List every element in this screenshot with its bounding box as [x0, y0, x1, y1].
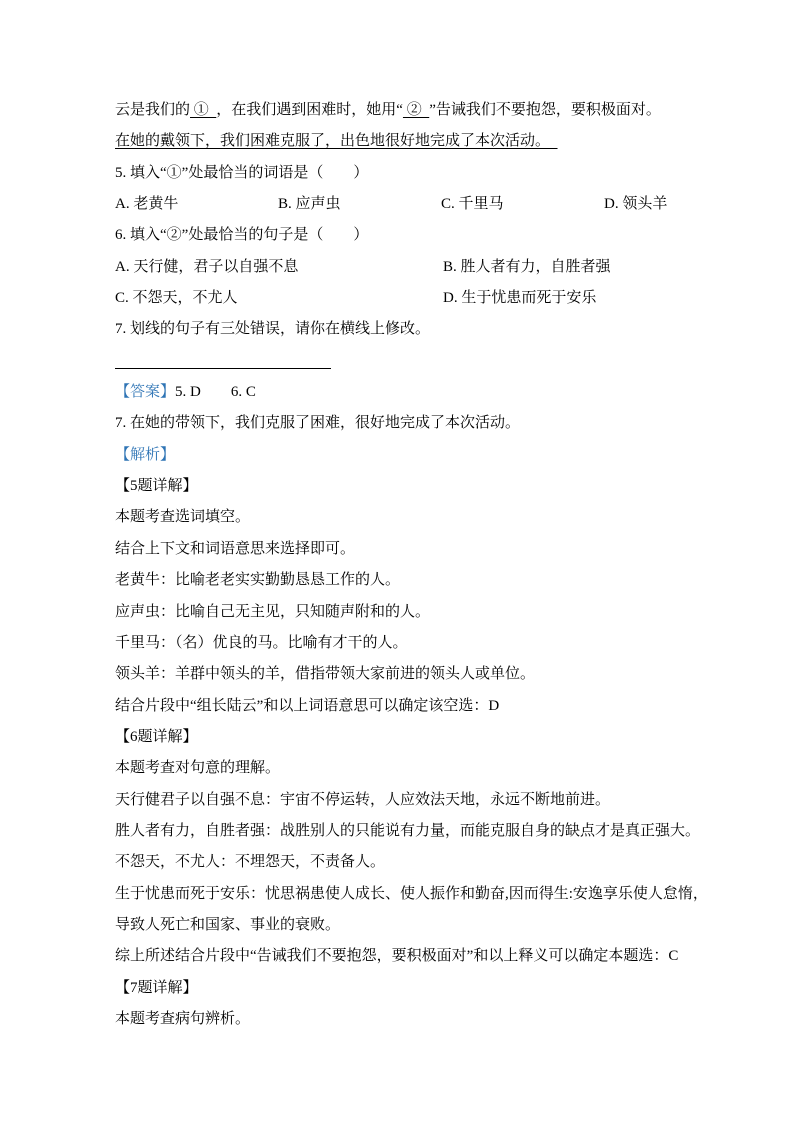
question-stem-text: 5. 填入“①”处最恰当的词语是（ ） — [115, 165, 368, 181]
question-6-options-row-2: C. 不怨天，不尤人D. 生于忧患而死于安乐 — [115, 283, 779, 314]
detail-6-line: 不怨天，不尤人：不埋怨天，不责备人。 — [115, 847, 779, 878]
detail-heading-text: 【7题详解】 — [115, 980, 198, 996]
detail-6-heading: 【6题详解】 — [115, 722, 779, 753]
passage-text: ”告诫我们不要抱怨，要积极面对。 — [429, 102, 661, 118]
detail-7-heading: 【7题详解】 — [115, 973, 779, 1004]
analysis-text: 千里马：（名）优良的马。比喻有才干的人。 — [115, 635, 408, 651]
blank-2: ② — [403, 102, 429, 118]
analysis-text: 不怨天，不尤人：不埋怨天，不责备人。 — [115, 854, 385, 870]
question-6-stem: 6. 填入“②”处最恰当的句子是（ ） — [115, 220, 779, 251]
option-5a: A. 老黄牛 — [115, 189, 278, 220]
option-5c: C. 千里马 — [441, 189, 604, 220]
answer-blank-line — [115, 346, 779, 377]
option-6b: B. 胜人者有力，自胜者强 — [443, 259, 611, 275]
analysis-text: 导致人死亡和国家、事业的衰败。 — [115, 917, 340, 933]
analysis-label-line: 【解析】 — [115, 440, 779, 471]
blank-writing-rule — [115, 346, 331, 369]
detail-6-line: 天行健君子以自强不息：宇宙不停运转，人应效法天地，永远不断地前进。 — [115, 785, 779, 816]
detail-6-line: 胜人者有力，自胜者强：战胜别人的只能说有力量，而能克服自身的缺点才是真正强大。 — [115, 816, 779, 847]
passage-line-2-underlined: 在她的戴领下，我们困难克服了，出色地很好地完成了本次活动。 — [115, 126, 779, 157]
question-5-options: A. 老黄牛B. 应声虫C. 千里马D. 领头羊 — [115, 189, 779, 220]
detail-5-line: 结合上下文和词语意思来选择即可。 — [115, 534, 779, 565]
analysis-text: 领头羊：羊群中领头的羊，借指带领大家前进的领头人或单位。 — [115, 666, 535, 682]
answer-q6: 6. C — [231, 384, 256, 400]
detail-6-line: 导致人死亡和国家、事业的衰败。 — [115, 910, 779, 941]
question-6-options-row-1: A. 天行健，君子以自强不息B. 胜人者有力，自胜者强 — [115, 252, 779, 283]
answer-q7-text: 7. 在她的带领下，我们克服了困难，很好地完成了本次活动。 — [115, 415, 520, 431]
question-5-stem: 5. 填入“①”处最恰当的词语是（ ） — [115, 158, 779, 189]
answer-q7-line: 7. 在她的带领下，我们克服了困难，很好地完成了本次活动。 — [115, 408, 779, 439]
analysis-text: 本题考查选词填空。 — [115, 509, 250, 525]
detail-5-line: 本题考查选词填空。 — [115, 502, 779, 533]
option-6c: C. 不怨天，不尤人 — [115, 283, 443, 314]
question-stem-text: 6. 填入“②”处最恰当的句子是（ ） — [115, 227, 368, 243]
analysis-text: 结合片段中“组长陆云”和以上词语意思可以确定该空选：D — [115, 698, 499, 714]
detail-6-line: 生于忧患而死于安乐：忧思祸患使人成长、使人振作和勤奋,因而得生:安逸享乐使人怠惰… — [115, 879, 779, 910]
detail-6-line: 本题考查对句意的理解。 — [115, 753, 779, 784]
passage-line-1: 云是我们的 ① ，在我们遇到困难时，她用“ ② ”告诫我们不要抱怨，要积极面对。 — [115, 95, 779, 126]
detail-5-line: 结合片段中“组长陆云”和以上词语意思可以确定该空选：D — [115, 691, 779, 722]
passage-text: ，在我们遇到困难时，她用“ — [216, 102, 403, 118]
option-5b: B. 应声虫 — [278, 189, 441, 220]
detail-5-line: 领头羊：羊群中领头的羊，借指带领大家前进的领头人或单位。 — [115, 659, 779, 690]
analysis-text: 天行健君子以自强不息：宇宙不停运转，人应效法天地，永远不断地前进。 — [115, 792, 610, 808]
analysis-text: 结合上下文和词语意思来选择即可。 — [115, 541, 355, 557]
detail-6-line: 综上所述结合片段中“告诫我们不要抱怨，要积极面对”和以上释义可以确定本题选：C — [115, 941, 779, 972]
passage-text: 云是我们的 — [115, 102, 190, 118]
analysis-text: 老黄牛：比喻老老实实勤勤恳恳工作的人。 — [115, 572, 400, 588]
answer-label: 【答案】 — [115, 384, 175, 400]
detail-5-line: 千里马：（名）优良的马。比喻有才干的人。 — [115, 628, 779, 659]
question-stem-text: 7. 划线的句子有三处错误，请你在横线上修改。 — [115, 321, 430, 337]
detail-heading-text: 【5题详解】 — [115, 478, 198, 494]
exam-document-page: 云是我们的 ① ，在我们遇到困难时，她用“ ② ”告诫我们不要抱怨，要积极面对。… — [0, 0, 794, 1123]
detail-5-heading: 【5题详解】 — [115, 471, 779, 502]
document-body: 云是我们的 ① ，在我们遇到困难时，她用“ ② ”告诫我们不要抱怨，要积极面对。… — [0, 0, 794, 1035]
detail-5-line: 老黄牛：比喻老老实实勤勤恳恳工作的人。 — [115, 565, 779, 596]
answer-line: 【答案】5. D6. C — [115, 377, 779, 408]
analysis-text: 综上所述结合片段中“告诫我们不要抱怨，要积极面对”和以上释义可以确定本题选：C — [115, 948, 678, 964]
analysis-text: 胜人者有力，自胜者强：战胜别人的只能说有力量，而能克服自身的缺点才是真正强大。 — [115, 823, 700, 839]
detail-7-line: 本题考查病句辨析。 — [115, 1004, 779, 1035]
analysis-label: 【解析】 — [115, 447, 175, 463]
blank-1: ① — [190, 102, 216, 118]
answer-q5: 5. D — [175, 384, 201, 400]
analysis-text: 应声虫：比喻自己无主见，只知随声附和的人。 — [115, 604, 430, 620]
option-6d: D. 生于忧患而死于安乐 — [443, 290, 596, 306]
analysis-text: 本题考查对句意的理解。 — [115, 760, 280, 776]
analysis-text: 本题考查病句辨析。 — [115, 1011, 250, 1027]
underlined-sentence: 在她的戴领下，我们困难克服了，出色地很好地完成了本次活动。 — [115, 133, 558, 149]
detail-heading-text: 【6题详解】 — [115, 729, 198, 745]
detail-5-line: 应声虫：比喻自己无主见，只知随声附和的人。 — [115, 597, 779, 628]
analysis-text: 生于忧患而死于安乐：忧思祸患使人成长、使人振作和勤奋,因而得生:安逸享乐使人怠惰… — [115, 886, 708, 902]
option-5d: D. 领头羊 — [604, 196, 667, 212]
question-7-stem: 7. 划线的句子有三处错误，请你在横线上修改。 — [115, 314, 779, 345]
option-6a: A. 天行健，君子以自强不息 — [115, 252, 443, 283]
